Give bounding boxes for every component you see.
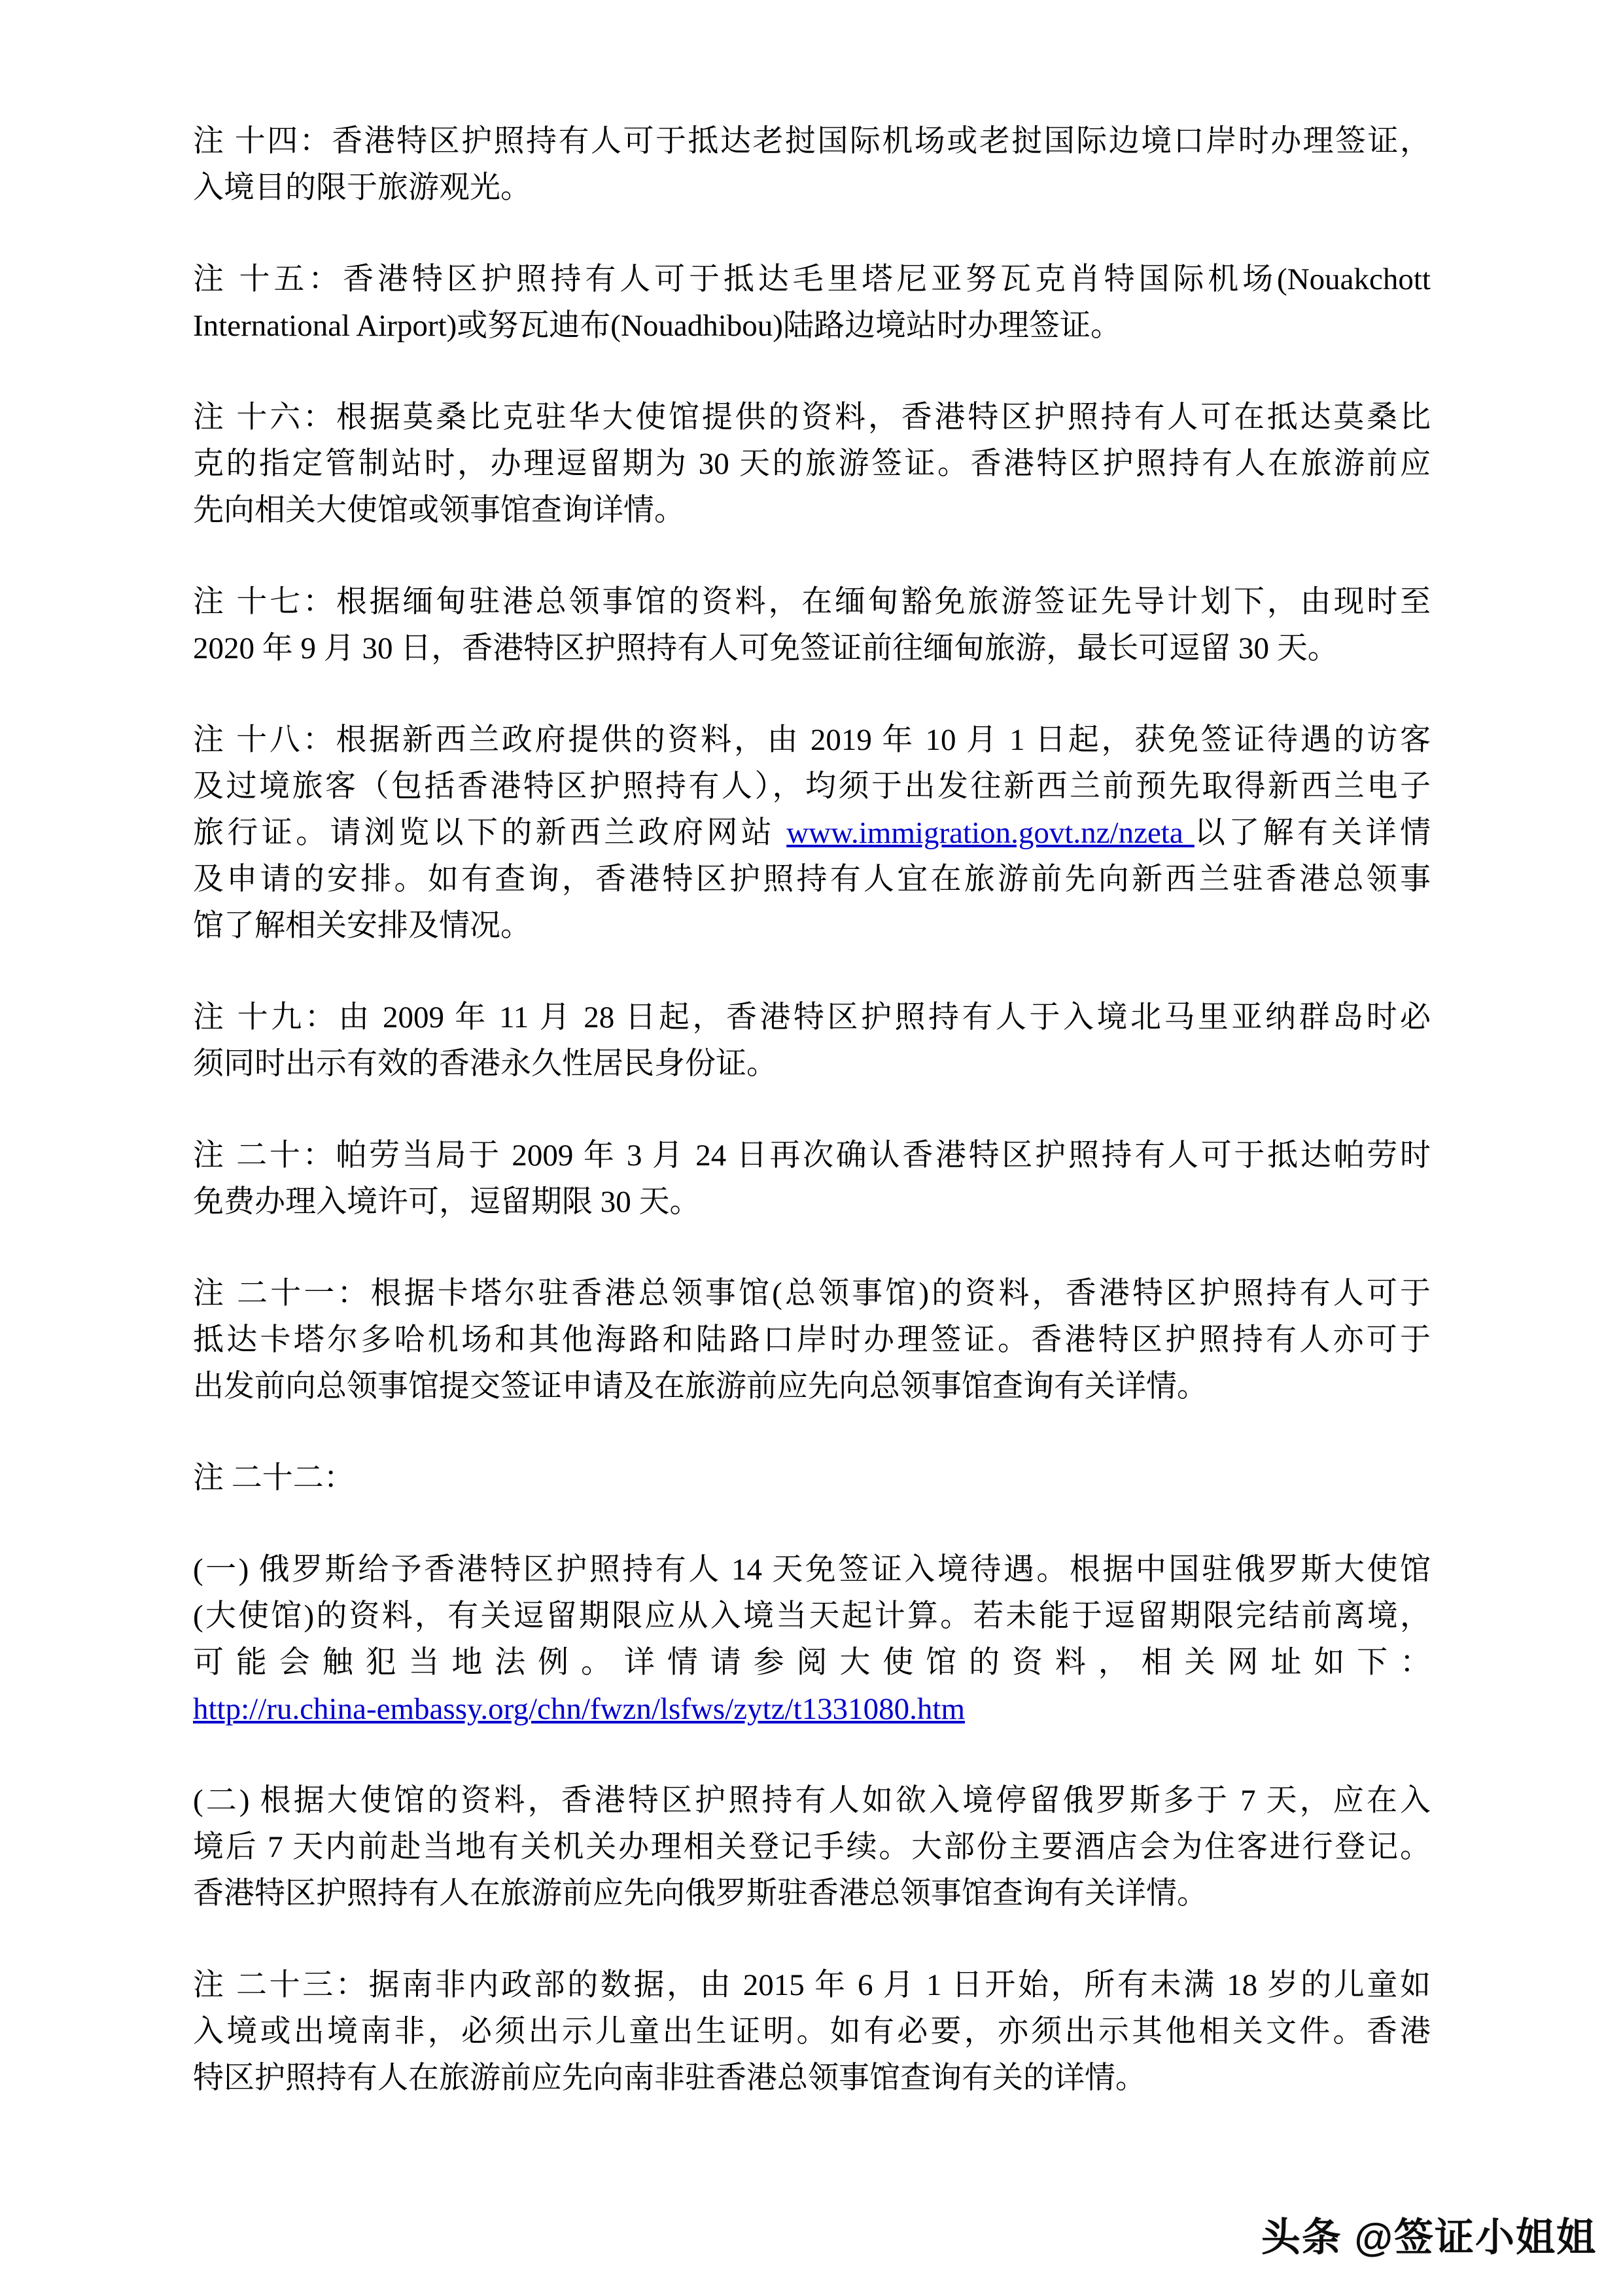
paragraph-note-18-line: 及申请的安排。如有查询，香港特区护照持有人宜在旅游前先向新西兰驻香港总领事 xyxy=(193,857,1431,903)
text-run: 注 十八：根据新西兰政府提供的资料，由 2019 年 10 月 1 日起，获免签… xyxy=(193,723,1431,757)
text-run: 注 十五：香港特区护照持有人可于抵达毛里塔尼亚努瓦克肖特国际机场(Nouakch… xyxy=(193,262,1431,296)
paragraph-note-18-line: 注 十八：根据新西兰政府提供的资料，由 2019 年 10 月 1 日起，获免签… xyxy=(193,717,1431,764)
paragraph-note-17: 注 十七：根据缅甸驻港总领事馆的资料，在缅甸豁免旅游签证先导计划下，由现时至20… xyxy=(193,579,1431,672)
paragraph-note-15-line: International Airport)或努瓦迪布(Nouadhibou)陆… xyxy=(193,303,1431,349)
paragraph-note-14-line: 注 十四：香港特区护照持有人可于抵达老挝国际机场或老挝国际边境口岸时办理签证， xyxy=(193,118,1431,165)
document-content: 注 十四：香港特区护照持有人可于抵达老挝国际机场或老挝国际边境口岸时办理签证，入… xyxy=(193,118,1431,2102)
text-run: 馆了解相关安排及情况。 xyxy=(193,909,531,943)
paragraph-note-22-item-2: (二) 根据大使馆的资料，香港特区护照持有人如欲入境停留俄罗斯多于 7 天，应在… xyxy=(193,1778,1431,1917)
text-run: 注 十九：由 2009 年 11 月 28 日起，香港特区护照持有人于入境北马里… xyxy=(193,1000,1431,1034)
paragraph-note-18-line: 馆了解相关安排及情况。 xyxy=(193,903,1431,949)
text-run: 注 二十一：根据卡塔尔驻香港总领事馆(总领事馆)的资料，香港特区护照持有人可于 xyxy=(193,1277,1431,1311)
text-run: 入境目的限于旅游观光。 xyxy=(193,171,531,205)
hyperlink[interactable]: www.immigration.govt.nz/nzeta xyxy=(786,816,1195,850)
text-run: 以了解有关详情 xyxy=(1195,816,1431,850)
text-run: 注 二十三：据南非内政部的数据，由 2015 年 6 月 1 日开始，所有未满 … xyxy=(193,1968,1431,2002)
paragraph-note-22-line: 注 二十二： xyxy=(193,1455,1431,1502)
paragraph-note-23-line: 入境或出境南非，必须出示儿童出生证明。如有必要，亦须出示其他相关文件。香港 xyxy=(193,2009,1431,2055)
paragraph-note-19-line: 须同时出示有效的香港永久性居民身份证。 xyxy=(193,1041,1431,1087)
text-run: 注 十六：根据莫桑比克驻华大使馆提供的资料，香港特区护照持有人可在抵达莫桑比 xyxy=(193,400,1431,434)
paragraph-note-16: 注 十六：根据莫桑比克驻华大使馆提供的资料，香港特区护照持有人可在抵达莫桑比克的… xyxy=(193,395,1431,534)
text-run: 注 十四：香港特区护照持有人可于抵达老挝国际机场或老挝国际边境口岸时办理签证， xyxy=(193,124,1431,158)
text-run: 及申请的安排。如有查询，香港特区护照持有人宜在旅游前先向新西兰驻香港总领事 xyxy=(193,862,1431,896)
hyperlink[interactable]: http://ru.china-embassy.org/chn/fwzn/lsf… xyxy=(193,1692,965,1726)
paragraph-note-16-line: 注 十六：根据莫桑比克驻华大使馆提供的资料，香港特区护照持有人可在抵达莫桑比 xyxy=(193,395,1431,441)
text-run: International Airport)或努瓦迪布(Nouadhibou)陆… xyxy=(193,309,1121,343)
paragraph-note-22: 注 二十二： xyxy=(193,1455,1431,1502)
paragraph-note-22-item-1-line: (一) 俄罗斯给予香港特区护照持有人 14 天免签证入境待遇。根据中国驻俄罗斯大… xyxy=(193,1547,1431,1593)
text-run: 抵达卡塔尔多哈机场和其他海路和陆路口岸时办理签证。香港特区护照持有人亦可于 xyxy=(193,1323,1431,1357)
text-run: 须同时出示有效的香港永久性居民身份证。 xyxy=(193,1047,777,1081)
paragraph-note-21: 注 二十一：根据卡塔尔驻香港总领事馆(总领事馆)的资料，香港特区护照持有人可于抵… xyxy=(193,1271,1431,1410)
paragraph-note-19: 注 十九：由 2009 年 11 月 28 日起，香港特区护照持有人于入境北马里… xyxy=(193,995,1431,1087)
paragraph-note-23: 注 二十三：据南非内政部的数据，由 2015 年 6 月 1 日开始，所有未满 … xyxy=(193,1962,1431,2102)
paragraph-note-18: 注 十八：根据新西兰政府提供的资料，由 2019 年 10 月 1 日起，获免签… xyxy=(193,717,1431,949)
paragraph-note-21-line: 抵达卡塔尔多哈机场和其他海路和陆路口岸时办理签证。香港特区护照持有人亦可于 xyxy=(193,1317,1431,1364)
paragraph-note-22-item-1: (一) 俄罗斯给予香港特区护照持有人 14 天免签证入境待遇。根据中国驻俄罗斯大… xyxy=(193,1547,1431,1733)
text-run: (一) 俄罗斯给予香港特区护照持有人 14 天免签证入境待遇。根据中国驻俄罗斯大… xyxy=(193,1553,1431,1587)
paragraph-note-14-line: 入境目的限于旅游观光。 xyxy=(193,165,1431,211)
paragraph-note-21-line: 注 二十一：根据卡塔尔驻香港总领事馆(总领事馆)的资料，香港特区护照持有人可于 xyxy=(193,1271,1431,1317)
document-page: 注 十四：香港特区护照持有人可于抵达老挝国际机场或老挝国际边境口岸时办理签证，入… xyxy=(0,0,1623,2296)
paragraph-note-22-item-2-line: 境后 7 天内前赴当地有关机关办理相关登记手续。大部份主要酒店会为住客进行登记。 xyxy=(193,1824,1431,1871)
paragraph-note-20: 注 二十：帕劳当局于 2009 年 3 月 24 日再次确认香港特区护照持有人可… xyxy=(193,1133,1431,1226)
paragraph-note-19-line: 注 十九：由 2009 年 11 月 28 日起，香港特区护照持有人于入境北马里… xyxy=(193,995,1431,1041)
paragraph-note-17-line: 注 十七：根据缅甸驻港总领事馆的资料，在缅甸豁免旅游签证先导计划下，由现时至 xyxy=(193,579,1431,626)
text-run: 特区护照持有人在旅游前应先向南非驻香港总领事馆查询有关的详情。 xyxy=(193,2061,1146,2095)
text-run: 出发前向总领事馆提交签证申请及在旅游前应先向总领事馆查询有关详情。 xyxy=(193,1369,1208,1404)
paragraph-note-23-line: 注 二十三：据南非内政部的数据，由 2015 年 6 月 1 日开始，所有未满 … xyxy=(193,1962,1431,2009)
text-run: 可能会触犯当地法例。详情请参阅大使馆的资料，相关网址如下： xyxy=(193,1646,1431,1680)
text-run: 免费办理入境许可，逗留期限 30 天。 xyxy=(193,1185,701,1219)
text-run: 注 十七：根据缅甸驻港总领事馆的资料，在缅甸豁免旅游签证先导计划下，由现时至 xyxy=(193,585,1431,619)
paragraph-note-22-item-1-line: http://ru.china-embassy.org/chn/fwzn/lsf… xyxy=(193,1686,1431,1733)
paragraph-note-18-line: 及过境旅客（包括香港特区护照持有人），均须于出发往新西兰前预先取得新西兰电子 xyxy=(193,764,1431,810)
paragraph-note-15-line: 注 十五：香港特区护照持有人可于抵达毛里塔尼亚努瓦克肖特国际机场(Nouakch… xyxy=(193,256,1431,303)
text-run: 注 二十二： xyxy=(193,1461,355,1495)
paragraph-note-21-line: 出发前向总领事馆提交签证申请及在旅游前应先向总领事馆查询有关详情。 xyxy=(193,1364,1431,1410)
paragraph-note-18-line: 旅行证。请浏览以下的新西兰政府网站 www.immigration.govt.n… xyxy=(193,810,1431,857)
text-run: 2020 年 9 月 30 日，香港特区护照持有人可免签证前往缅甸旅游，最长可逗… xyxy=(193,631,1338,665)
text-run: 注 二十：帕劳当局于 2009 年 3 月 24 日再次确认香港特区护照持有人可… xyxy=(193,1139,1431,1173)
paragraph-note-14: 注 十四：香港特区护照持有人可于抵达老挝国际机场或老挝国际边境口岸时办理签证，入… xyxy=(193,118,1431,211)
paragraph-note-22-item-2-line: (二) 根据大使馆的资料，香港特区护照持有人如欲入境停留俄罗斯多于 7 天，应在… xyxy=(193,1778,1431,1824)
paragraph-note-16-line: 克的指定管制站时，办理逗留期为 30 天的旅游签证。香港特区护照持有人在旅游前应 xyxy=(193,441,1431,487)
text-run: 香港特区护照持有人在旅游前应先向俄罗斯驻香港总领事馆查询有关详情。 xyxy=(193,1877,1208,1911)
paragraph-note-22-item-1-line: (大使馆)的资料，有关逗留期限应从入境当天起计算。若未能于逗留期限完结前离境， xyxy=(193,1593,1431,1640)
paragraph-note-20-line: 免费办理入境许可，逗留期限 30 天。 xyxy=(193,1179,1431,1226)
text-run: (大使馆)的资料，有关逗留期限应从入境当天起计算。若未能于逗留期限完结前离境， xyxy=(193,1599,1431,1633)
paragraph-note-22-item-1-line: 可能会触犯当地法例。详情请参阅大使馆的资料，相关网址如下： xyxy=(193,1640,1431,1686)
text-run: 入境或出境南非，必须出示儿童出生证明。如有必要，亦须出示其他相关文件。香港 xyxy=(193,2015,1431,2049)
paragraph-note-22-item-2-line: 香港特区护照持有人在旅游前应先向俄罗斯驻香港总领事馆查询有关详情。 xyxy=(193,1871,1431,1917)
text-run: (二) 根据大使馆的资料，香港特区护照持有人如欲入境停留俄罗斯多于 7 天，应在… xyxy=(193,1784,1431,1818)
paragraph-note-17-line: 2020 年 9 月 30 日，香港特区护照持有人可免签证前往缅甸旅游，最长可逗… xyxy=(193,626,1431,672)
text-run: 境后 7 天内前赴当地有关机关办理相关登记手续。大部份主要酒店会为住客进行登记。 xyxy=(193,1830,1431,1864)
paragraph-note-15: 注 十五：香港特区护照持有人可于抵达毛里塔尼亚努瓦克肖特国际机场(Nouakch… xyxy=(193,256,1431,349)
paragraph-note-20-line: 注 二十：帕劳当局于 2009 年 3 月 24 日再次确认香港特区护照持有人可… xyxy=(193,1133,1431,1179)
paragraph-note-23-line: 特区护照持有人在旅游前应先向南非驻香港总领事馆查询有关的详情。 xyxy=(193,2055,1431,2102)
text-run: 先向相关大使馆或领事馆查询详情。 xyxy=(193,493,685,527)
text-run: 旅行证。请浏览以下的新西兰政府网站 xyxy=(193,816,786,850)
paragraph-note-16-line: 先向相关大使馆或领事馆查询详情。 xyxy=(193,487,1431,534)
watermark-text: 头条 @签证小姐姐 xyxy=(1261,2213,1597,2263)
text-run: 克的指定管制站时，办理逗留期为 30 天的旅游签证。香港特区护照持有人在旅游前应 xyxy=(193,447,1431,481)
text-run: 及过境旅客（包括香港特区护照持有人），均须于出发往新西兰前预先取得新西兰电子 xyxy=(193,769,1431,804)
